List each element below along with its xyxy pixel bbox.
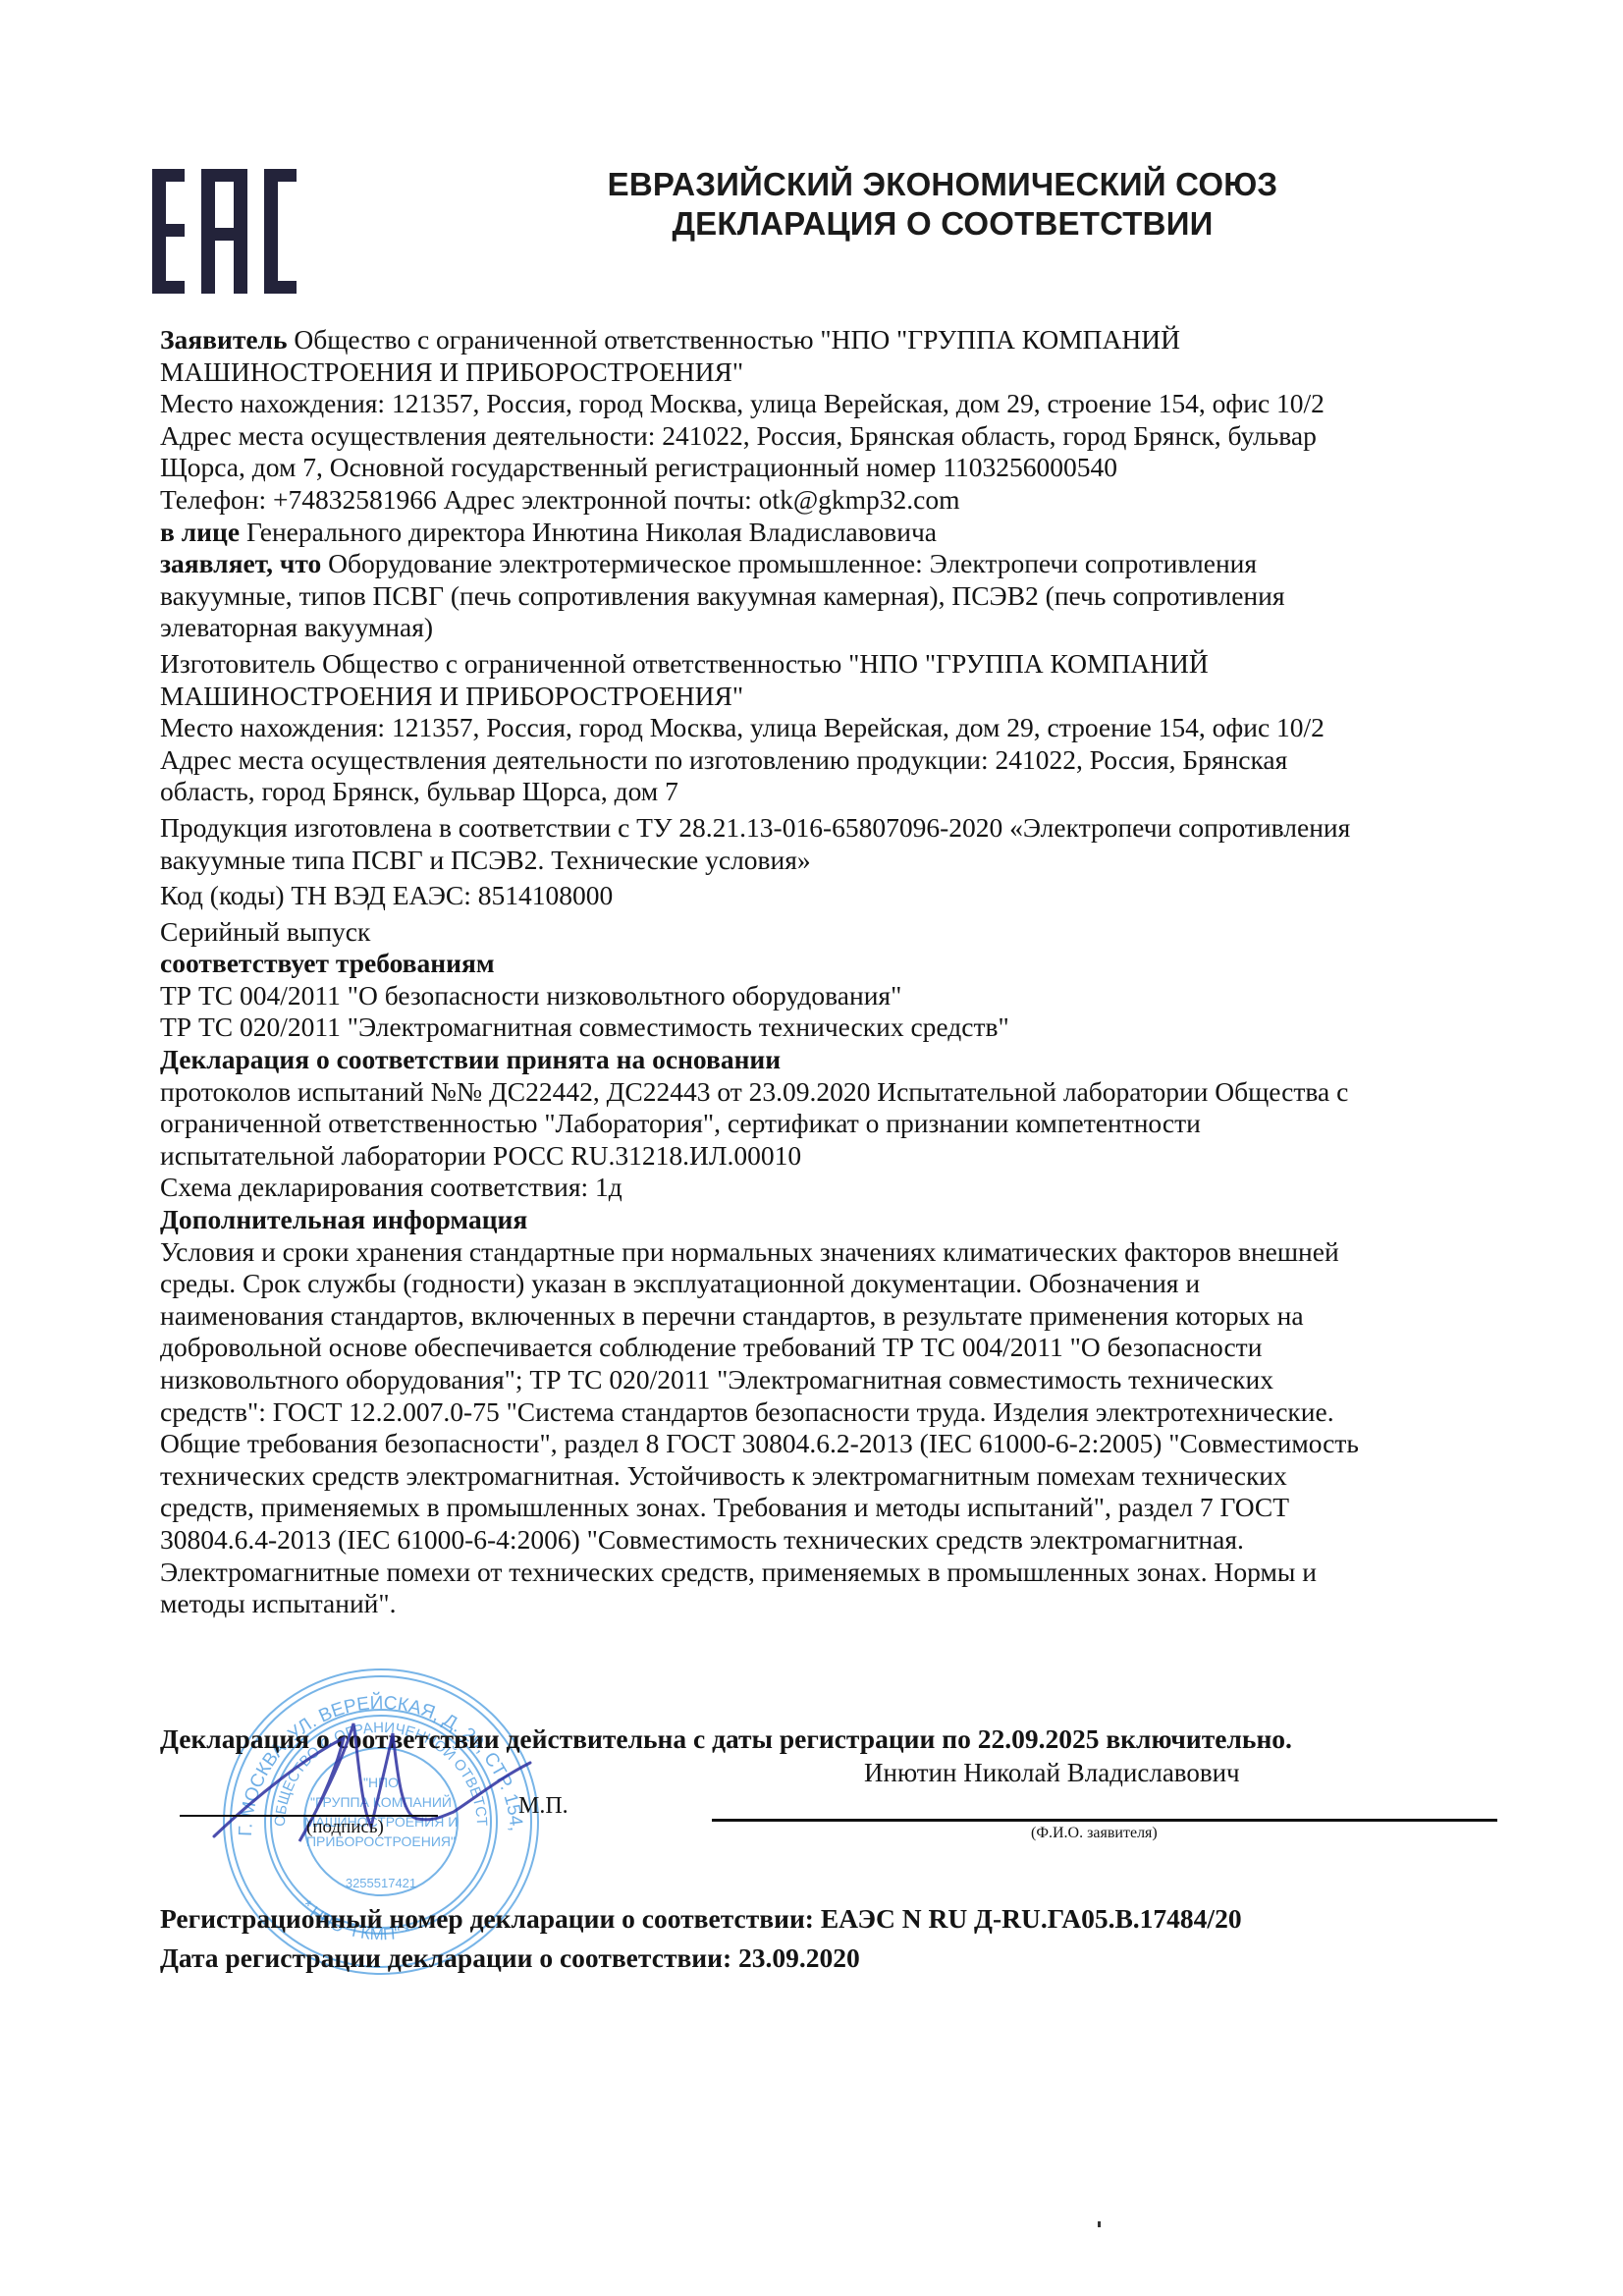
- additional-info-heading: Дополнительная информация: [160, 1204, 1515, 1236]
- union-title: ЕВРАЗИЙСКИЙ ЭКОНОМИЧЕСКИЙ СОЮЗ: [550, 165, 1335, 204]
- declaration-body: Заявитель Общество с ограниченной ответс…: [160, 324, 1515, 1620]
- document-header: ЕВРАЗИЙСКИЙ ЭКОНОМИЧЕСКИЙ СОЮЗ ДЕКЛАРАЦИ…: [550, 165, 1335, 244]
- declares-line: заявляет, что Оборудование электротермич…: [160, 548, 1515, 580]
- applicant-line: Заявитель Общество с ограниченной ответс…: [160, 324, 1515, 356]
- svg-text:3255517421: 3255517421: [346, 1876, 416, 1890]
- declaration-page: ЕВРАЗИЙСКИЙ ЭКОНОМИЧЕСКИЙ СОЮЗ ДЕКЛАРАЦИ…: [0, 0, 1623, 2296]
- basis-heading: Декларация о соответствии принята на осн…: [160, 1044, 1515, 1076]
- requirement-item: ТР ТС 020/2011 "Электромагнитная совмест…: [160, 1011, 1515, 1044]
- signer-caption: (Ф.И.О. заявителя): [1031, 1825, 1158, 1842]
- seal-place-label: М.П.: [518, 1793, 568, 1820]
- document-title: ДЕКЛАРАЦИЯ О СООТВЕТСТВИИ: [550, 204, 1335, 244]
- scan-speck: [1098, 2221, 1101, 2227]
- manufacturer-line: Изготовитель Общество с ограниченной отв…: [160, 648, 1515, 681]
- requirement-item: ТР ТС 004/2011 "О безопасности низковоль…: [160, 980, 1515, 1012]
- release-type: Серийный выпуск: [160, 916, 1515, 949]
- represented-by-line: в лице Генерального директора Инютина Ни…: [160, 517, 1515, 549]
- product-spec-line: Продукция изготовлена в соответствии с Т…: [160, 812, 1515, 845]
- requirements-heading: соответствует требованиям: [160, 948, 1515, 980]
- registration-number: Регистрационный номер декларации о соотв…: [160, 1903, 1242, 1935]
- declaration-scheme: Схема декларирования соответствия: 1д: [160, 1172, 1515, 1204]
- signer-name: Инютин Николай Владиславович: [864, 1758, 1240, 1788]
- tn-ved-code: Код (коды) ТН ВЭД ЕАЭС: 8514108000: [160, 880, 1515, 912]
- registration-date: Дата регистрации декларации о соответств…: [160, 1942, 860, 1974]
- signature-caption: (подпись): [306, 1817, 384, 1838]
- signer-name-line: [712, 1819, 1497, 1822]
- eac-logo-icon: [152, 169, 299, 294]
